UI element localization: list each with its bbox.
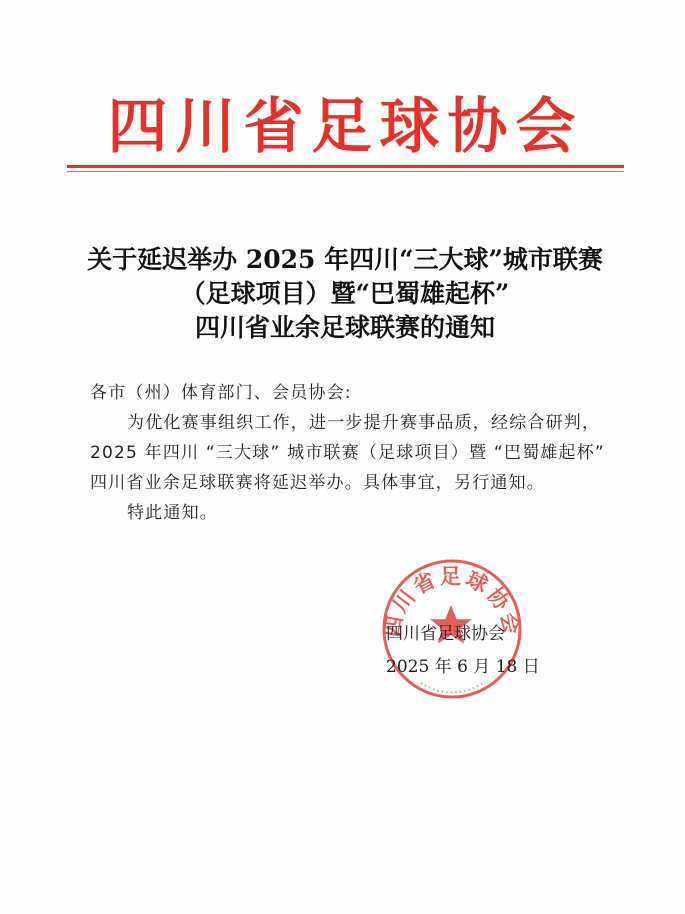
- notice-title: 关于延迟举办 2025 年四川“三大球”城市联赛 （足球项目）暨“巴蜀雄起杯” …: [60, 243, 630, 345]
- notice-body: 各市（州）体育部门、会员协会: 为优化赛事组织工作，进一步提升赛事品质，经综合研…: [90, 378, 610, 528]
- title-line-2: （足球项目）暨“巴蜀雄起杯”: [60, 277, 630, 311]
- masthead-title: 四川省足球协会: [67, 92, 624, 162]
- masthead-divider-thick: [67, 165, 624, 168]
- closing: 特此通知。: [90, 498, 610, 528]
- signature-organization: 四川省足球协会: [386, 623, 505, 645]
- title-line-1: 关于延迟举办 2025 年四川“三大球”城市联赛: [60, 243, 630, 277]
- masthead-divider-thin: [67, 171, 624, 172]
- body-line-2: 2025 年四川 “三大球” 城市联赛（足球项目）暨 “巴蜀雄起杯”: [90, 438, 610, 468]
- signature-date: 2025 年 6 月 18 日: [386, 656, 540, 678]
- title-line-3: 四川省业余足球联赛的通知: [60, 311, 630, 345]
- body-line-3: 四川省业余足球联赛将延迟举办。具体事宜，另行通知。: [90, 468, 610, 498]
- body-line-1: 为优化赛事组织工作，进一步提升赛事品质，经综合研判，: [90, 408, 610, 438]
- salutation: 各市（州）体育部门、会员协会:: [90, 378, 610, 408]
- document-page: 四川省足球协会 关于延迟举办 2025 年四川“三大球”城市联赛 （足球项目）暨…: [0, 0, 685, 914]
